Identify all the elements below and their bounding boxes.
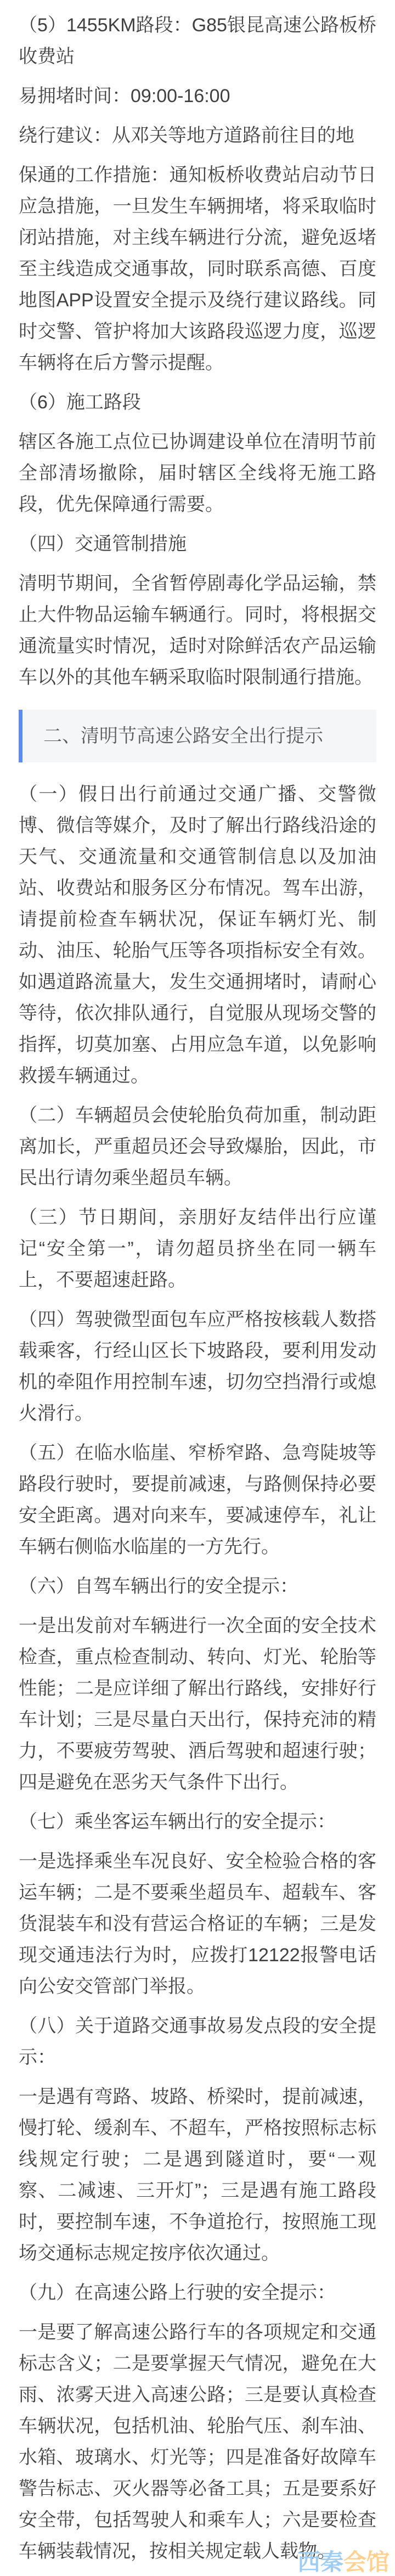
paragraph: 保通的工作措施：通知板桥收费站启动节日应急措施，一旦发生车辆拥堵，将采取临时闭站…: [19, 160, 376, 379]
watermark-text-xiqin: 西秦: [297, 2549, 343, 2575]
section-heading-text: 二、清明节高速公路安全出行提示: [43, 726, 323, 747]
paragraph: （九）在高速公路上行驶的安全提示：: [19, 2277, 376, 2309]
paragraph: 一是遇有弯路、坡路、桥梁时，提前减速，慢打轮、缓刹车、不超车，严格按照标志标线规…: [19, 2081, 376, 2269]
paragraph: 一是出发前对车辆进行一次全面的安全技术检查，重点检查制动、转向、灯光、轮胎等性能…: [19, 1610, 376, 1798]
paragraph: （五）在临水临崖、窄桥窄路、急弯陡坡等路段行驶时，要提前减速，与路侧保持必要安全…: [19, 1438, 376, 1563]
paragraph: （一）假日出行前通过交通广播、交警微博、微信等媒介，及时了解出行路线沿途的天气、…: [19, 779, 376, 1092]
paragraph: 辖区各施工点位已协调建设单位在清明节前全部清场撤除，届时辖区全线将无施工路段，优…: [19, 426, 376, 520]
watermark-text-huiguan: 会馆: [343, 2549, 390, 2575]
paragraph: （二）车辆超员会使轮胎负荷加重，制动距离加长，严重超员还会导致爆胎，因此，市民出…: [19, 1100, 376, 1194]
section-heading: 二、清明节高速公路安全出行提示: [19, 710, 376, 762]
paragraph: （六）自驾车辆出行的安全提示：: [19, 1571, 376, 1602]
paragraph: 易拥堵时间：09:00-16:00: [19, 81, 376, 112]
paragraph: 一是选择乘坐车况良好、安全检验合格的客运车辆；二是不要乘坐超员车、超载车、客货混…: [19, 1846, 376, 2002]
paragraph: （四）驾驶微型面包车应严格按核载人数搭载乘客，行经山区长下坡路段，要利用发动机的…: [19, 1304, 376, 1429]
paragraph: （八）关于道路交通事故易发点段的安全提示：: [19, 2011, 376, 2073]
watermark: 西秦会馆: [297, 2551, 390, 2574]
paragraph: （七）乘坐客运车辆出行的安全提示：: [19, 1806, 376, 1838]
paragraph: （四）交通管制措施: [19, 529, 376, 560]
article-page: （5）1455KM路段：G85银昆高速公路板桥收费站 易拥堵时间：09:00-1…: [0, 0, 395, 2576]
paragraph: 绕行建议：从邓关等地方道路前往目的地: [19, 120, 376, 151]
paragraph: （5）1455KM路段：G85银昆高速公路板桥收费站: [19, 10, 376, 72]
paragraph: （三）节日期间，亲朋好友结伴出行应谨记“安全第一”，请勿超员挤坐在同一辆车上，不…: [19, 1202, 376, 1296]
paragraph: 一是要了解高速公路行车的各项规定和交通标志含义；二是要掌握天气情况，避免在大雨、…: [19, 2317, 376, 2567]
paragraph: 清明节期间，全省暂停剧毒化学品运输，禁止大件物品运输车辆通行。同时，将根据交通流…: [19, 568, 376, 693]
paragraph: （6）施工路段: [19, 387, 376, 418]
